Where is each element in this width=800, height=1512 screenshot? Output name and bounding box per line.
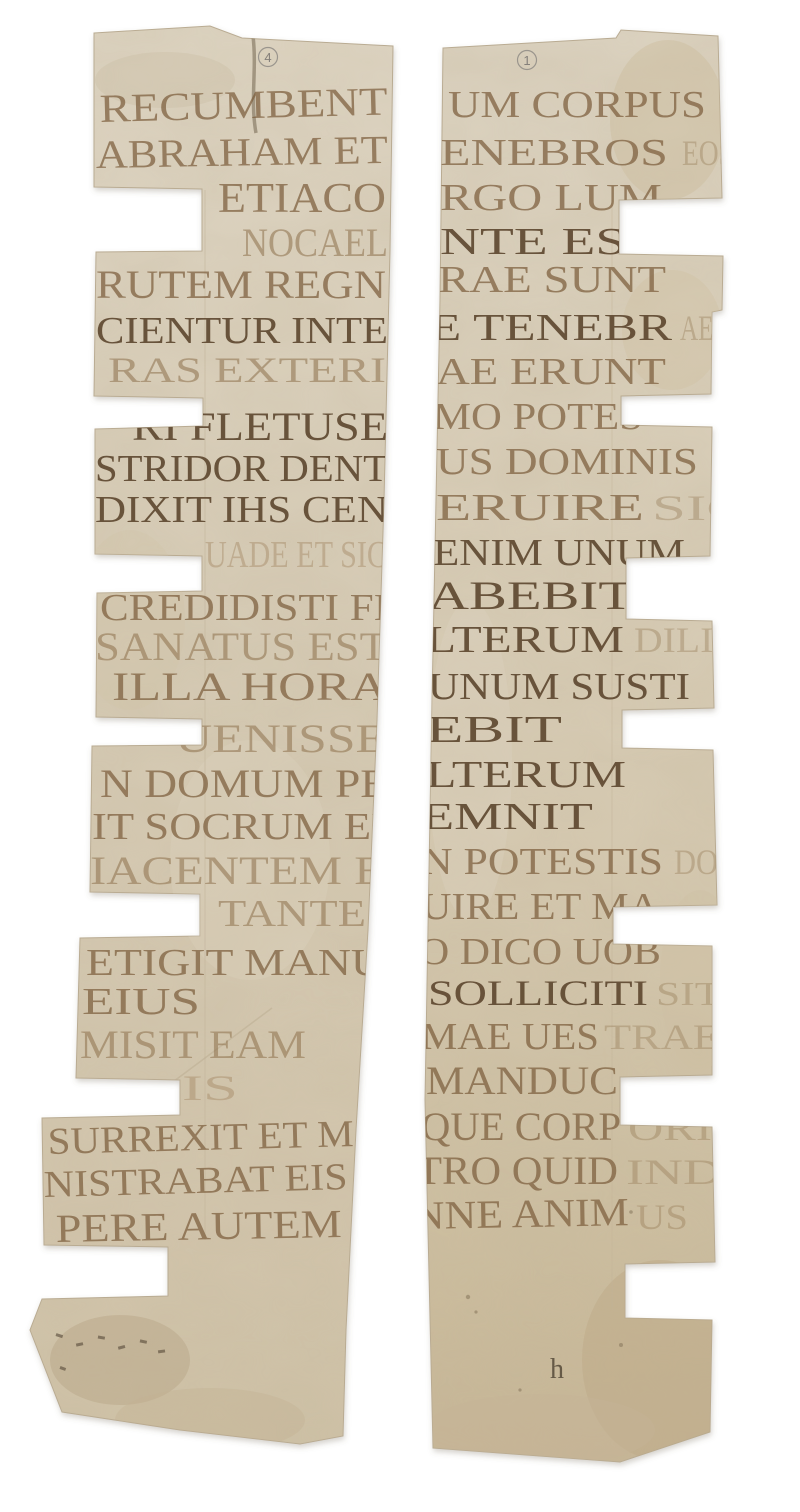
manuscript-line: SANATUS EST — [95, 624, 387, 669]
manuscript-line: CIENTUR INTE — [96, 310, 388, 352]
manuscript-line: SURREXIT ET M — [47, 1113, 354, 1163]
manuscript-line-faded: SITIS — [656, 976, 760, 1013]
manuscript-line-faded: ORI — [628, 1108, 712, 1148]
manuscript-line: MANDUC — [426, 1058, 618, 1103]
manuscript-photo: RECUMBENT ABRAHAM ET ETIACO NOCAEL RUTEM… — [0, 0, 800, 1512]
right-fragment: UM CORPUS ENEBROS EOS RGO LUM NTE EST RA… — [412, 20, 760, 1480]
manuscript-line-faded: AE Q — [680, 308, 738, 348]
manuscript-line: SOLLICITI — [428, 973, 648, 1013]
manuscript-line: CREDIDISTI FI — [100, 587, 388, 629]
manuscript-line-faded: IND — [626, 1152, 722, 1192]
manuscript-line: E TENEBR — [430, 307, 673, 349]
pencil-number-label: 4 — [264, 50, 271, 65]
stain — [425, 1394, 655, 1466]
manuscript-line: ETIGIT MANU — [86, 942, 384, 984]
manuscript-line: EIUS — [82, 981, 200, 1023]
manuscript-line: IACENTEM E — [90, 848, 384, 893]
manuscript-line-faded: US — [636, 1197, 688, 1237]
manuscript-line: ERUIRE — [436, 487, 644, 529]
manuscript-line-faded: DILIG — [634, 620, 742, 660]
manuscript-line-faded: SIC — [652, 488, 747, 528]
manuscript-line: NOCAEL — [242, 220, 388, 265]
manuscript-line: MAE UES — [421, 1016, 599, 1058]
manuscript-line: RUTEM REGN — [96, 262, 386, 307]
manuscript-line: EBIT — [426, 709, 562, 751]
manuscript-line: ABEBIT — [428, 573, 633, 618]
bottom-ink-mark: h — [550, 1354, 564, 1385]
manuscript-line: EMNIT — [421, 796, 593, 838]
manuscript-line: ETIACO — [218, 176, 386, 222]
manuscript-line: RGO LUM — [440, 177, 662, 219]
manuscript-line: STRIDOR DENT — [95, 448, 388, 490]
manuscript-line: MO POTES — [433, 396, 643, 438]
manuscript-line: O DICO UOB — [419, 931, 661, 973]
manuscript-line: IT SOCRUM EI — [92, 806, 386, 848]
manuscript-line: N DOMUM PE — [100, 761, 388, 806]
manuscript-line: PERE AUTEM — [55, 1201, 342, 1251]
manuscript-line: NTE EST — [440, 221, 660, 263]
manuscript-line: N POTESTIS — [421, 841, 663, 883]
manuscript-line: MISIT EAM — [80, 1022, 306, 1067]
manuscript-line: TANTE — [218, 893, 366, 935]
manuscript-line: NISTRABAT EIS — [43, 1156, 348, 1206]
manuscript-line: US DOMINIS — [436, 441, 698, 483]
manuscript-line: ENIM UNUM — [433, 532, 685, 574]
manuscript-line: ABRAHAM ET — [95, 127, 388, 177]
manuscript-line: UNUM SUSTI — [428, 666, 690, 708]
manuscript-line-faded: EOS — [682, 133, 734, 173]
manuscript-line: UADE ET SIC — [205, 534, 387, 576]
manuscript-line: UENISSE — [175, 716, 387, 761]
stain — [115, 1388, 305, 1452]
manuscript-line: AE ERUNT — [436, 351, 666, 393]
manuscript-line: NNE ANIM — [412, 1189, 629, 1238]
manuscript-line: QUE CORP — [421, 1104, 621, 1149]
manuscript-line: RAS EXTERI — [108, 350, 386, 390]
pencil-number-label: 1 — [523, 53, 530, 68]
manuscript-line: DIXIT IHS CEN — [95, 489, 388, 531]
left-fragment: RECUMBENT ABRAHAM ET ETIACO NOCAEL RUTEM… — [20, 20, 410, 1460]
manuscript-line: ILLA HORA — [112, 664, 388, 709]
manuscript-line: RAE SUNT — [438, 259, 666, 301]
manuscript-line: RECUMBENT — [99, 78, 388, 131]
manuscript-line: ENEBROS — [440, 132, 668, 174]
manuscript-line: LTERUM — [426, 619, 624, 661]
manuscript-line-faded: TRAE — [604, 1017, 720, 1057]
manuscript-line: UM CORPUS — [448, 84, 706, 126]
manuscript-line: LTERUM — [426, 754, 626, 796]
manuscript-line: TRO QUID — [416, 1148, 618, 1193]
manuscript-line: IS — [182, 1068, 238, 1108]
manuscript-line-faded: DO — [674, 842, 718, 882]
